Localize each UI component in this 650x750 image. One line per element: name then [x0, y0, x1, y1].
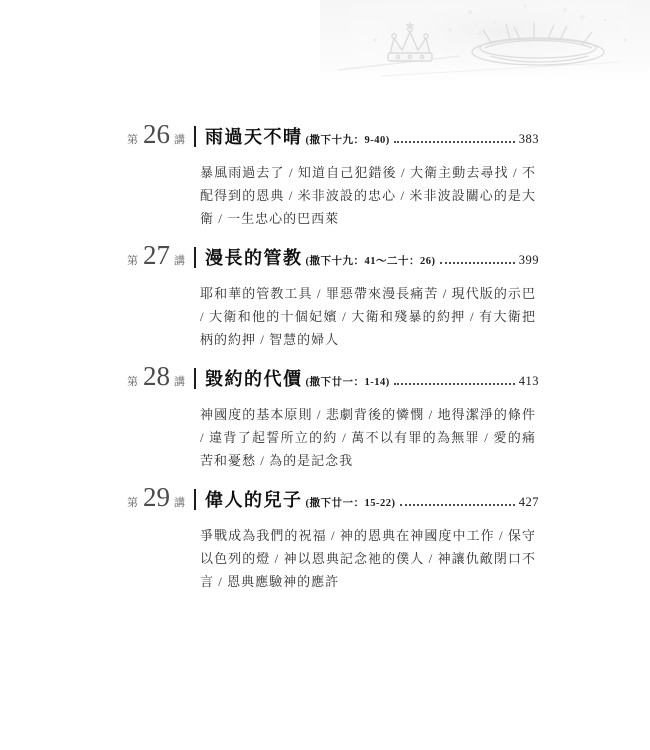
scripture-reference: (撒下十九：9-40)	[306, 132, 390, 147]
chapter-summary: 神國度的基本原則 / 悲劇背後的憐憫 / 地得潔淨的條件 / 違背了起誓所立的約…	[200, 403, 536, 472]
dotted-leader	[400, 504, 515, 506]
dotted-leader	[394, 141, 515, 143]
chapter-title: 漫長的管教	[205, 244, 303, 270]
dotted-leader	[394, 383, 515, 385]
chapter-summary: 耶和華的管教工具 / 罪惡帶來漫長痛苦 / 現代版的示巴 / 大衛和他的十個妃嬪…	[200, 282, 536, 351]
title-separator-bar	[194, 368, 196, 389]
page-number: 383	[519, 132, 539, 147]
toc-entry-header: 第 26 講 雨過天不晴 (撒下十九：9-40) 383	[127, 121, 539, 149]
book-toc-page: 第 26 講 雨過天不晴 (撒下十九：9-40) 383 暴風雨過去了 / 知道…	[0, 0, 650, 750]
chapter-label-prefix: 第	[127, 494, 139, 510]
toc-entry-header: 第 29 講 偉人的兒子 (撒下廿一：15-22) 427	[127, 484, 539, 512]
toc-entry-26: 第 26 講 雨過天不晴 (撒下十九：9-40) 383 暴風雨過去了 / 知道…	[127, 121, 539, 230]
scripture-reference: (撒下廿一：1-14)	[306, 374, 390, 389]
title-separator-bar	[194, 489, 196, 510]
chapter-number: 26	[143, 121, 170, 148]
table-of-contents: 第 26 講 雨過天不晴 (撒下十九：9-40) 383 暴風雨過去了 / 知道…	[127, 121, 539, 605]
page-number: 399	[519, 253, 539, 268]
chapter-label-suffix: 講	[174, 494, 186, 510]
scripture-reference: (撒下廿一：15-22)	[306, 495, 396, 510]
chapter-summary: 暴風雨過去了 / 知道自己犯錯後 / 大衛主動去尋找 / 不配得到的恩典 / 米…	[200, 161, 536, 230]
chapter-summary: 爭戰成為我們的祝福 / 神的恩典在神國度中工作 / 保守以色列的燈 / 神以恩典…	[200, 524, 536, 593]
page-number: 427	[519, 495, 539, 510]
chapter-number: 27	[143, 242, 170, 269]
toc-entry-28: 第 28 講 毀約的代價 (撒下廿一：1-14) 413 神國度的基本原則 / …	[127, 363, 539, 472]
chapter-label-suffix: 講	[174, 252, 186, 268]
page-number: 413	[519, 374, 539, 389]
chapter-label-suffix: 講	[174, 373, 186, 389]
chapter-label-suffix: 講	[174, 131, 186, 147]
toc-entry-header: 第 27 講 漫長的管教 (撒下十九：41～二十：26) 399	[127, 242, 539, 270]
crowns-artwork-icon	[320, 0, 650, 82]
toc-entry-27: 第 27 講 漫長的管教 (撒下十九：41～二十：26) 399 耶和華的管教工…	[127, 242, 539, 351]
chapter-label-prefix: 第	[127, 131, 139, 147]
chapter-number: 29	[143, 484, 170, 511]
scripture-reference: (撒下十九：41～二十：26)	[306, 253, 436, 268]
chapter-label-prefix: 第	[127, 373, 139, 389]
chapter-title: 毀約的代價	[205, 365, 303, 391]
chapter-number: 28	[143, 363, 170, 390]
title-separator-bar	[194, 247, 196, 268]
toc-entry-header: 第 28 講 毀約的代價 (撒下廿一：1-14) 413	[127, 363, 539, 391]
chapter-title: 雨過天不晴	[205, 123, 303, 149]
chapter-label-prefix: 第	[127, 252, 139, 268]
toc-entry-29: 第 29 講 偉人的兒子 (撒下廿一：15-22) 427 爭戰成為我們的祝福 …	[127, 484, 539, 593]
chapter-title: 偉人的兒子	[205, 486, 303, 512]
title-separator-bar	[194, 126, 196, 147]
crowns-artwork-decoration	[320, 0, 650, 82]
dotted-leader	[440, 262, 515, 264]
